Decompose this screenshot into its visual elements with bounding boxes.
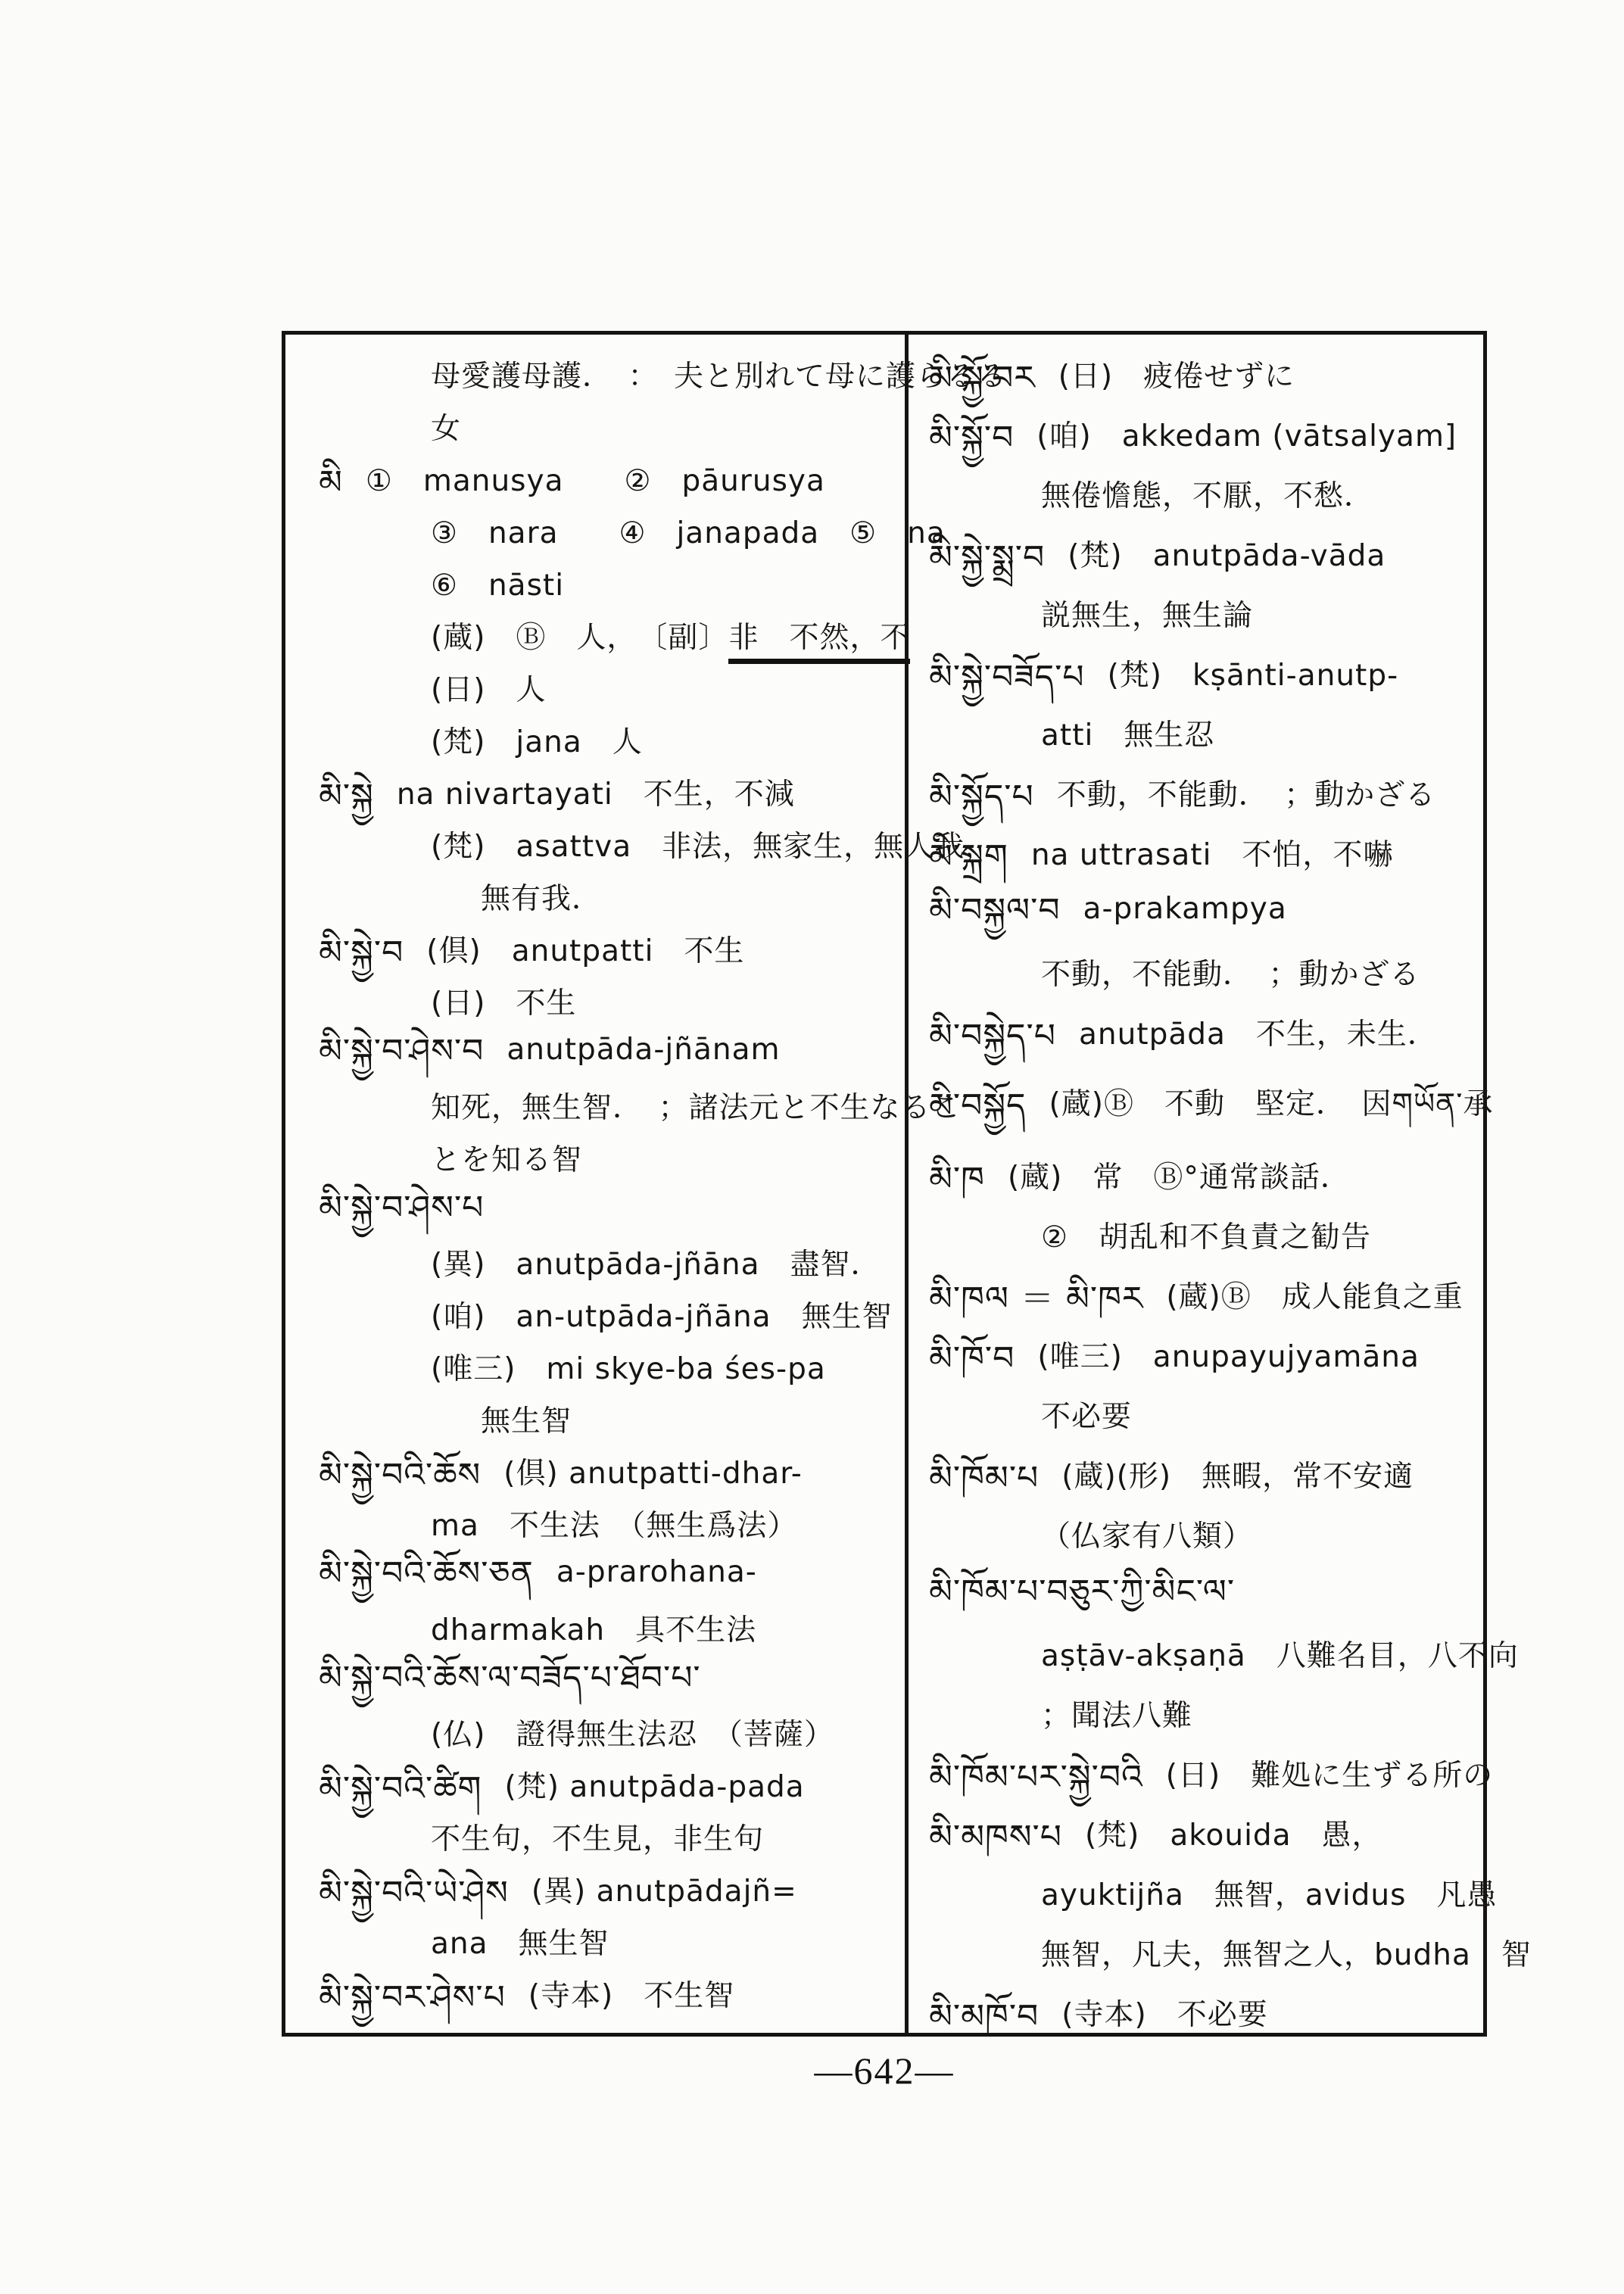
entry-text: 無有我． (481, 875, 602, 918)
entry-text: dharmakah 具不生法 (431, 1607, 756, 1649)
tibetan-headword: མི་མཁས་པ (929, 1821, 1062, 1854)
dictionary-line: 知死，無生智． ；諸法元と不生なるこ (319, 1084, 899, 1136)
tibetan-headword: མི་བསྐྱེད་པ (929, 1020, 1056, 1053)
dictionary-line: （仏家有八類） (929, 1513, 1482, 1572)
dictionary-line: 無倦憺態，不厭，不愁． (929, 472, 1482, 532)
dictionary-line: མི་སྐྱེ་བའི་ཆོས་ཅན a-prarohana- (319, 1554, 899, 1607)
page-number: —642— (733, 2049, 1036, 2093)
dictionary-line: ③ nara ④ janapada ⑤ na (319, 510, 899, 562)
entry-text: (梵) kṣānti-anutp- (1108, 652, 1399, 694)
dictionary-line: (梵) asattva 非法，無家生，無人我， (319, 823, 899, 875)
entry-text: とを知る智 (431, 1136, 582, 1179)
dictionary-line: ana 無生智 (319, 1920, 899, 1972)
dictionary-line: མི་སྐྱེ་སྨྲ་བ (梵) anutpāda-vāda (929, 532, 1482, 592)
dictionary-line: མི་སྐྱེ na nivartayati 不生，不減 (319, 771, 899, 823)
dictionary-line: མི་ཁོམ་པ་བཅུར་ཀྱི་མིང་ལ་ (929, 1572, 1482, 1632)
entry-text: (日) 不生 (431, 980, 576, 1022)
dictionary-line: མི་སྐྱོ་བ (咱) akkedam (vātsalyam] (929, 413, 1482, 472)
dictionary-line: མི་སྐྲག na uttrasati 不怕，不嚇 (929, 831, 1482, 891)
tibetan-headword: མི་སྐྱོ་བ (929, 422, 1014, 455)
dictionary-line: མི ① manusya ② pāurusya (319, 457, 899, 510)
entry-text: (梵) akouida 愚， (1085, 1812, 1382, 1854)
dictionary-line: མི་སྐྱོ་བར (日) 疲倦せずに (929, 353, 1482, 413)
tibetan-headword: མི་སྐྱེ (319, 780, 374, 813)
dictionary-line: མི་སྐྱོད་པ 不動，不能動． ；動かざる (929, 771, 1482, 831)
tibetan-headword: མི་སྐྱེ་བའི་ཆོས་ལ་བཟོད་པ་ཐོབ་པ་ (319, 1662, 701, 1695)
dictionary-line: ma 不生法 （無生爲法） (319, 1502, 899, 1554)
entry-text: (蔵) Ⓑ 人， 〔副〕 (431, 614, 728, 656)
entry-text: （仏家有八類） (1041, 1513, 1253, 1555)
dictionary-line: dharmakah 具不生法 (319, 1607, 899, 1659)
dictionary-line: 不動，不能動． ；動かざる (929, 951, 1482, 1011)
entry-text: ① manusya ② pāurusya (366, 457, 825, 500)
tibetan-headword: མི་སྐྱེ་བའི་ཡེ་ཤེས (319, 1877, 509, 1910)
entry-text: 知死，無生智． ；諸法元と不生なるこ (431, 1084, 962, 1127)
tibetan-headword: མི་ཁལ ＝ མི་ཁར (929, 1283, 1143, 1316)
dictionary-line: མི་ཁོམ་པ (蔵)(形) 無暇，常不安適 (929, 1453, 1482, 1513)
entry-text: (梵) anutpāda-pada (505, 1763, 805, 1806)
tibetan-headword: མི་སྐྱེ་བ (319, 937, 404, 970)
entry-text: (咱) an-utpāda-jñāna 無生智 (431, 1293, 893, 1336)
dictionary-line: མི་ཁ (蔵) 常 Ⓑ°通常談話． (929, 1154, 1482, 1214)
dictionary-line: atti 無生忍 (929, 712, 1482, 771)
tibetan-headword: མི་སྐྱེ་བའི་ཚིག (319, 1772, 482, 1806)
dictionary-line: མི་སྐྱེ་བར་ཤེས་པ (寺本) 不生智 (319, 1972, 899, 2024)
entry-text: (日) 難処に生ずる所の (1166, 1752, 1493, 1794)
dictionary-line: (咱) an-utpāda-jñāna 無生智 (319, 1293, 899, 1345)
entry-text: (唯三) mi skye-ba śes-pa (431, 1345, 826, 1388)
entry-text: ② 胡乱和不負責之勧告 (1041, 1214, 1371, 1256)
underlined-text: 非 不然，不 (728, 614, 910, 664)
column-divider (905, 335, 909, 2033)
entry-text: 無生智 (481, 1398, 572, 1440)
tibetan-headword: མི་སྐྱེ་བ་ཤེས་བ (319, 1035, 484, 1068)
entry-text: 不必要 (1041, 1393, 1132, 1435)
dictionary-line: 説無生，無生論 (929, 592, 1482, 652)
entry-text: ⑥ nāsti (431, 562, 564, 604)
tibetan-headword: མི་སྐྱོ་བར (929, 362, 1036, 395)
dictionary-line: ；聞法八難 (929, 1692, 1482, 1752)
entry-text: anutpāda 不生，未生． (1079, 1011, 1438, 1053)
entry-text: a-prarohana- (556, 1555, 757, 1589)
dictionary-line: མི་ཁལ ＝ མི་ཁར (蔵)Ⓑ 成人能負之重 (929, 1273, 1482, 1333)
tibetan-headword: མི (319, 466, 343, 500)
dictionary-line: (梵) jana 人 (319, 718, 899, 771)
entry-text: ana 無生智 (431, 1920, 609, 1962)
entry-text: (蔵) 常 Ⓑ°通常談話． (1008, 1154, 1351, 1196)
entry-text: (仏) 證得無生法忍 （菩薩） (431, 1711, 834, 1753)
entry-text: (咱) akkedam (vātsalyam] (1036, 413, 1457, 455)
entry-text: anutpāda-jñānam (507, 1033, 780, 1067)
tibetan-headword: མི་ཁོ་བ (929, 1342, 1015, 1376)
tibetan-headword: མི་སྐྱེ་བར་ཤེས་པ (319, 1981, 506, 2015)
dictionary-line: (蔵) Ⓑ 人， 〔副〕 非 不然，不 (319, 614, 899, 666)
entry-text: (蔵)Ⓑ 成人能負之重 (1166, 1273, 1463, 1316)
entry-text: (梵) asattva 非法，無家生，無人我， (431, 823, 995, 865)
dictionary-line: (日) 人 (319, 666, 899, 718)
dictionary-line: མི་སྐྱེ་བའི་ཆོས (倶) anutpatti-dhar- (319, 1450, 899, 1502)
tibetan-headword: མི་ཁོམ་པ་བཅུར་ཀྱི་མིང་ལ་ (929, 1576, 1235, 1609)
tibetan-headword: མི་མཁོ་བ (929, 2000, 1039, 2034)
tibetan-headword: མི་སྐྱོད་པ (929, 781, 1034, 814)
entry-text: (日) 人 (431, 666, 546, 709)
tibetan-headword: མི་བསྐྱོད (929, 1089, 1027, 1123)
entry-text: (蔵)Ⓑ 不動 堅定． 因གཡོན་承 (1049, 1071, 1494, 1154)
entry-text: 無倦憺態，不厭，不愁． (1041, 472, 1374, 515)
entry-text: a-prakampya (1083, 892, 1287, 926)
entry-text: (倶) anutpatti 不生 (426, 927, 744, 970)
dictionary-line: མི་བསྐྱེད་པ anutpāda 不生，未生． (929, 1011, 1482, 1071)
tibetan-headword: མི་ཁོམ་པར་སྐྱེ་བའི (929, 1761, 1143, 1794)
tibetan-headword: མི་སྐྱེ་སྨྲ་བ (929, 541, 1045, 575)
entry-text: (異) anutpādajñ= (531, 1868, 797, 1910)
dictionary-line: ayuktijña 無智，avidus 凡愚 (929, 1872, 1482, 1931)
entry-text: (倶) anutpatti-dhar- (503, 1450, 803, 1492)
dictionary-line: 無智，凡夫，無智之人，budha 智 (929, 1931, 1482, 1991)
entry-text: 不動，不能動． ；動かざる (1041, 951, 1420, 993)
dictionary-line: མི་མཁོ་བ (寺本) 不必要 (929, 1991, 1482, 2051)
tibetan-headword: མི་སྐྱེ་བའི་ཆོས་ཅན (319, 1557, 534, 1591)
dictionary-line: ⑥ nāsti (319, 562, 899, 614)
tibetan-headword: མི་སྐྱེ་བའི་ཆོས (319, 1459, 481, 1492)
entry-text: 不動，不能動． ；動かざる (1057, 771, 1436, 814)
dictionary-line: མི་སྐྱེ་བའི་ཚིག (梵) anutpāda-pada (319, 1763, 899, 1816)
dictionary-line: (日) 不生 (319, 980, 899, 1032)
entry-text: (日) 疲倦せずに (1058, 353, 1295, 395)
tibetan-headword: མི་སྐྱེ་བཟོད་པ (929, 661, 1085, 694)
entry-text: (梵) jana 人 (431, 718, 643, 761)
tibetan-headword: མི་བསྐྱལ་བ (929, 894, 1061, 927)
entry-text: (寺本) 不必要 (1061, 1991, 1267, 2034)
dictionary-line: མི་ཁོམ་པར་སྐྱེ་བའི (日) 難処に生ずる所の (929, 1752, 1482, 1812)
entry-text: atti 無生忍 (1041, 712, 1214, 754)
dictionary-line: 不生句，不生見，非生句 (319, 1816, 899, 1868)
entry-text: (梵) anutpāda-vāda (1068, 532, 1386, 575)
entry-text: ayuktijña 無智，avidus 凡愚 (1041, 1872, 1497, 1914)
entry-text: 女 (431, 405, 461, 447)
right-column: མི་སྐྱོ་བར (日) 疲倦せずに མི་སྐྱོ་བ (咱) akked… (929, 353, 1482, 2051)
entry-text: (寺本) 不生智 (528, 1972, 734, 2015)
dictionary-line: མི་སྐྱེ་བའི་ཆོས་ལ་བཟོད་པ་ཐོབ་པ་ (319, 1659, 899, 1711)
dictionary-line: མི་བསྐྱོད (蔵)Ⓑ 不動 堅定． 因གཡོན་承 (929, 1071, 1482, 1154)
scanned-dictionary-page: { "page": { "number_label": "—642—" }, "… (0, 0, 1624, 2294)
tibetan-headword: མི་ཁོམ་པ (929, 1462, 1039, 1495)
entry-text: 無智，凡夫，無智之人，budha 智 (1041, 1931, 1532, 1974)
entry-text: ma 不生法 （無生爲法） (431, 1502, 797, 1544)
entry-text: na uttrasati 不怕，不嚇 (1031, 831, 1394, 874)
dictionary-line: མི་སྐྱེ་བ་ཤེས་པ (319, 1189, 899, 1241)
dictionary-line: 母愛護母護． ： 夫と別れて母に護らるる (319, 353, 899, 405)
left-column: 母愛護母護． ： 夫と別れて母に護らるる 女 མི ① manusya ② pā… (319, 353, 899, 2024)
dictionary-line: (唯三) mi skye-ba śes-pa (319, 1345, 899, 1398)
dictionary-line: 無有我． (319, 875, 899, 927)
tibetan-headword: མི་སྐྱེ་བ་ཤེས་པ (319, 1192, 484, 1225)
entry-text: 説無生，無生論 (1041, 592, 1253, 634)
dictionary-line: མི་སྐྱེ་བའི་ཡེ་ཤེས (異) anutpādajñ= (319, 1868, 899, 1920)
tibetan-headword: མི་ཁ (929, 1163, 985, 1196)
dictionary-line: 不必要 (929, 1393, 1482, 1453)
dictionary-line: 女 (319, 405, 899, 457)
entry-text: (唯三) anupayujyamāna (1037, 1333, 1420, 1376)
entry-text: 母愛護母護． ： 夫と別れて母に護らるる (431, 353, 1007, 395)
dictionary-line: མི་སྐྱེ་བཟོད་པ (梵) kṣānti-anutp- (929, 652, 1482, 712)
dictionary-line: (異) anutpāda-jñāna 盡智． (319, 1241, 899, 1293)
dictionary-line: མི་བསྐྱལ་བ a-prakampya (929, 891, 1482, 951)
entry-text: (異) anutpāda-jñāna 盡智． (431, 1241, 881, 1283)
dictionary-line: ② 胡乱和不負責之勧告 (929, 1214, 1482, 1273)
dictionary-line: མི་ཁོ་བ (唯三) anupayujyamāna (929, 1333, 1482, 1393)
entry-text: na nivartayati 不生，不減 (397, 771, 795, 813)
dictionary-line: aṣṭāv-akṣaṇā 八難名目，八不向 (929, 1632, 1482, 1692)
dictionary-line: མི་སྐྱེ་བ་ཤེས་བ anutpāda-jñānam (319, 1032, 899, 1084)
tibetan-headword: མི་སྐྲག (929, 840, 1008, 874)
dictionary-line: མི་མཁས་པ (梵) akouida 愚， (929, 1812, 1482, 1872)
dictionary-line: མི་སྐྱེ་བ (倶) anutpatti 不生 (319, 927, 899, 980)
entry-text: ③ nara ④ janapada ⑤ na (431, 510, 946, 552)
entry-text: 不生句，不生見，非生句 (431, 1816, 764, 1858)
entry-text: ；聞法八難 (1041, 1692, 1192, 1735)
entry-text: (蔵)(形) 無暇，常不安適 (1061, 1453, 1414, 1495)
dictionary-line: とを知る智 (319, 1136, 899, 1189)
entry-text: aṣṭāv-akṣaṇā 八難名目，八不向 (1041, 1632, 1519, 1675)
dictionary-line: 無生智 (319, 1398, 899, 1450)
content-box: 母愛護母護． ： 夫と別れて母に護らるる 女 མི ① manusya ② pā… (282, 331, 1487, 2037)
dictionary-line: (仏) 證得無生法忍 （菩薩） (319, 1711, 899, 1763)
